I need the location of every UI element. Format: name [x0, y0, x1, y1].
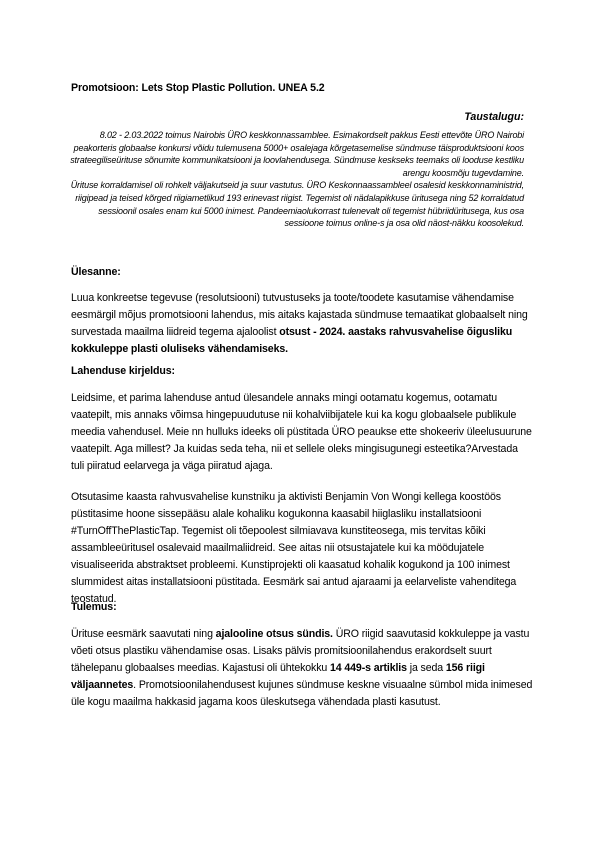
task-heading: Ülesanne: — [71, 266, 121, 278]
result-paragraph: Ürituse eesmärk saavutati ning ajaloolin… — [71, 626, 533, 711]
background-label: Taustalugu: — [464, 111, 524, 123]
result-bold-1: ajalooline otsus sündis. — [216, 628, 333, 640]
result-heading: Tulemus: — [71, 601, 117, 613]
solution-paragraph-1: Leidsime, et parima lahenduse antud üles… — [71, 390, 533, 475]
solution-paragraph-2: Otsutasime kaasta rahvusvahelise kunstni… — [71, 489, 533, 608]
result-text-1: Ürituse eesmärk saavutati ning — [71, 628, 216, 640]
result-bold-2: 14 449-s artiklis — [330, 662, 407, 674]
background-story: 8.02 - 2.03.2022 toimus Nairobis ÜRO kes… — [70, 129, 524, 230]
background-paragraph-2: Ürituse korraldamisel oli rohkelt väljak… — [70, 179, 524, 229]
result-text-3: ja seda — [407, 662, 446, 674]
solution-heading: Lahenduse kirjeldus: — [71, 365, 175, 377]
task-paragraph: Luua konkreetse tegevuse (resolutsiooni)… — [71, 290, 533, 358]
result-text-4: . Promotsioonilahendusest kujunes sündmu… — [71, 679, 532, 708]
document-title: Promotsioon: Lets Stop Plastic Pollution… — [71, 82, 325, 94]
background-paragraph-1: 8.02 - 2.03.2022 toimus Nairobis ÜRO kes… — [70, 129, 524, 179]
document-page: Promotsioon: Lets Stop Plastic Pollution… — [0, 0, 596, 842]
solution-text-2: Otsutasime kaasta rahvusvahelise kunstni… — [71, 489, 533, 608]
solution-text-1: Leidsime, et parima lahenduse antud üles… — [71, 390, 533, 475]
